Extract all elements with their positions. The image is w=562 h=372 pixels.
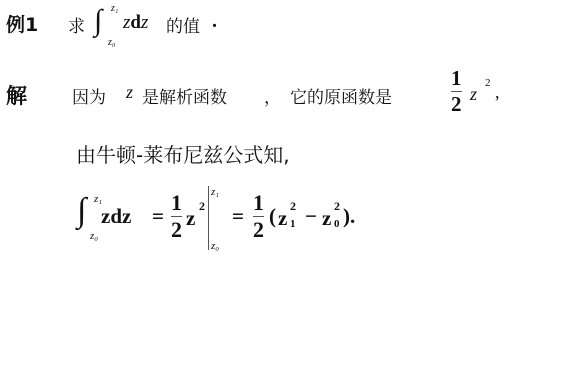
evaluation-bar [208,186,209,250]
antiderivative-var: z [470,84,477,105]
formula-equals-1: = [152,204,164,229]
formula-integrand: zdz [101,204,131,229]
formula-close: ). [343,204,355,229]
antiderivative-trailing-comma: , [495,82,500,103]
evaluation-lower: z₀ [211,240,219,252]
antiderivative-fraction: 1 2 [451,68,462,115]
fraction-numerator: 1 [451,68,462,89]
fraction-denominator: 2 [253,219,264,241]
integration-variable: z [141,12,148,33]
fraction-numerator: 1 [253,192,264,214]
integral-lower-limit: z₀ [108,37,115,48]
fraction-denominator: 2 [171,219,182,241]
formula-z1-subscript: 1 [290,218,296,230]
formula-z0-exponent: 2 [334,199,340,214]
integral-upper-limit: z₁ [111,3,118,14]
formula-z1-exponent: 2 [290,199,296,214]
example-period: . [212,10,217,33]
solution-text-b: 是解析函数 [142,83,227,108]
formula-fraction-1: 1 2 [171,192,182,241]
fraction-numerator: 1 [171,192,182,214]
formula-z1: z [278,206,287,231]
example-prompt-suffix: 的值 [166,12,200,37]
formula-z0: z [322,206,331,231]
formula-integral-lower: z₀ [90,230,98,242]
example-prompt-prefix: 求 [68,12,85,37]
integral-expression: zdz [123,12,148,34]
antiderivative-exponent: 2 [485,77,491,89]
solution-var: z [126,82,133,103]
formula-z0-subscript: 0 [334,218,340,230]
formula-equals-2: = [232,204,244,229]
solution-text-a: 因为 [72,83,106,108]
formula-open-paren: ( [269,204,276,229]
differential: d [130,12,141,33]
solution-text-c: 它的原函数是 [290,83,392,108]
formula-minus: − [305,204,317,229]
formula-integral-sign: ∫ [77,196,86,226]
solution-label: 解 [6,80,27,110]
example-label: 例1 [6,10,38,37]
formula-var: z [186,206,195,231]
formula-fraction-2: 1 2 [253,192,264,241]
solution-comma: ， [264,83,281,108]
newton-leibniz-text: 由牛顿-莱布尼兹公式知, [76,139,290,168]
formula-exponent: 2 [199,199,205,214]
integral-sign: ∫ [94,6,102,36]
evaluation-upper: z₁ [211,186,219,198]
fraction-denominator: 2 [451,94,462,115]
